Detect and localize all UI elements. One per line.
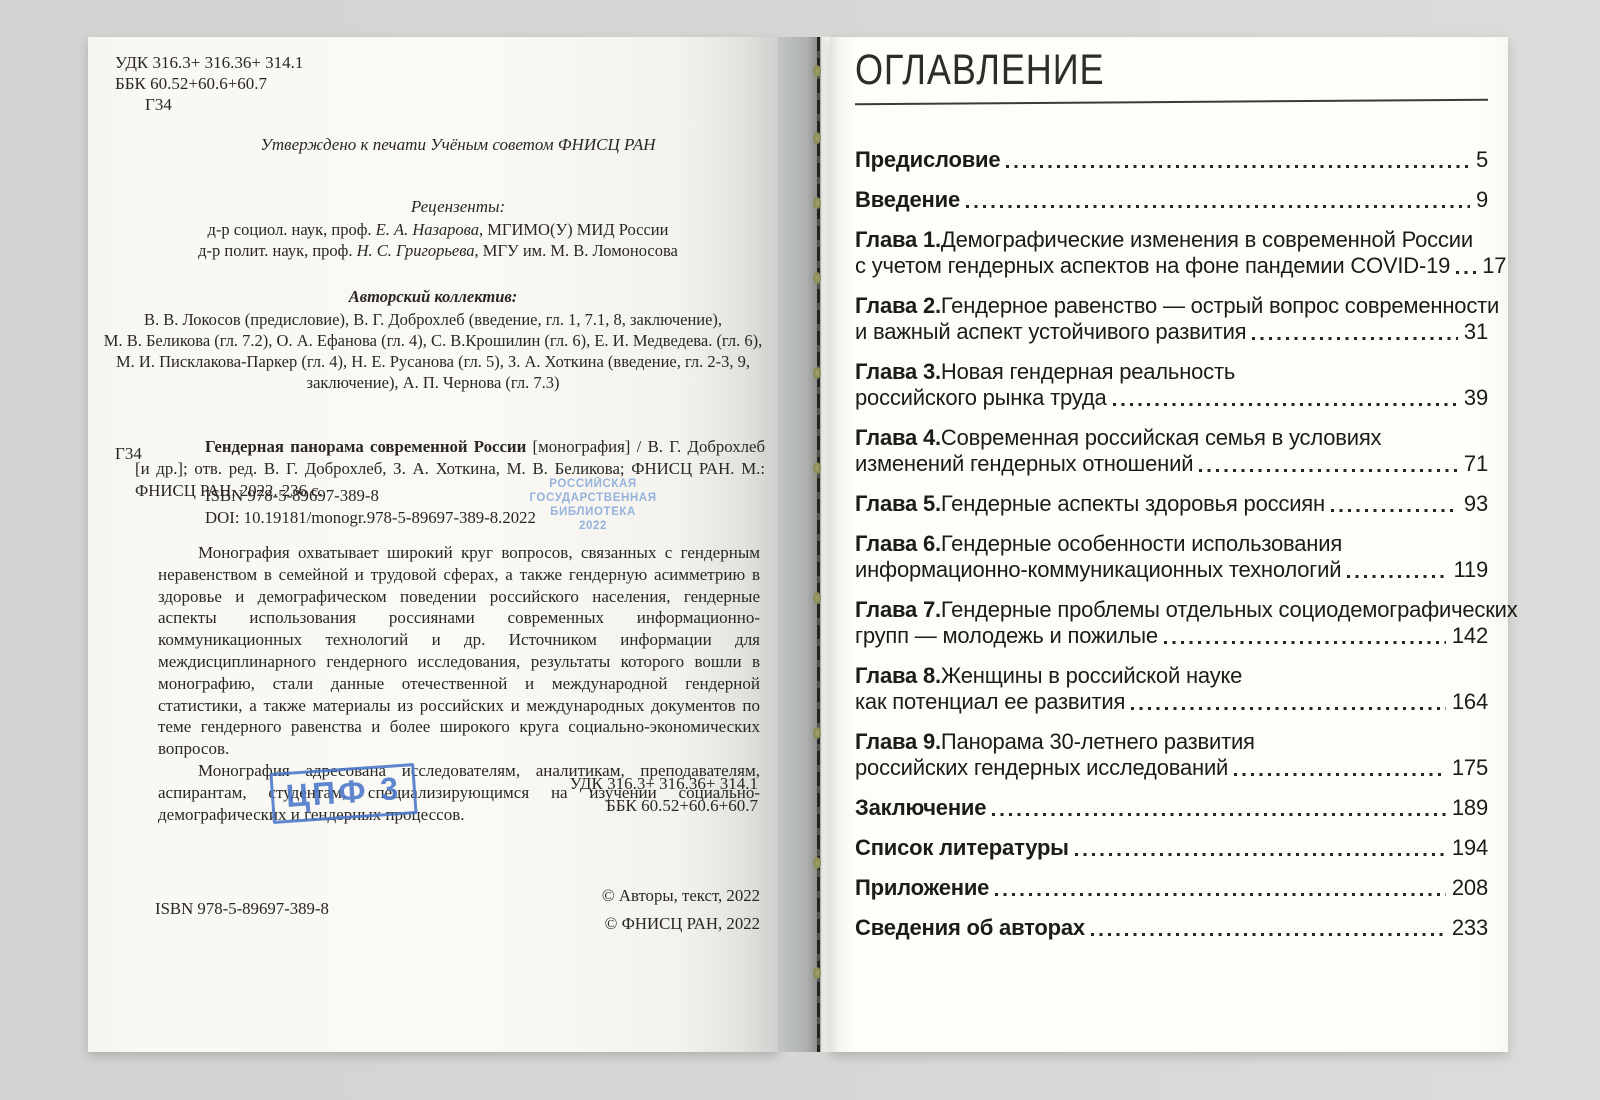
reviewer-affiliation: , МГИМО(У) МИД России bbox=[479, 220, 668, 239]
toc-entry-line: групп — молодежь и пожилые142 bbox=[855, 623, 1488, 649]
spine-stitching bbox=[817, 37, 820, 1052]
toc-entry-text: Демографические изменения в современной … bbox=[941, 227, 1473, 253]
toc-entry: Глава 1. Демографические изменения в сов… bbox=[855, 227, 1488, 279]
dot-leader bbox=[1234, 773, 1446, 776]
author-team-line: М. И. Писклакова-Паркер (гл. 4), Н. Е. Р… bbox=[98, 351, 768, 372]
author-team-line: заключение), А. П. Чернова (гл. 7.3) bbox=[98, 372, 768, 393]
toc-entry-text: Панорама 30-летнего развития bbox=[941, 729, 1255, 755]
toc-entry-text: информационно-коммуникационных технологи… bbox=[855, 557, 1341, 583]
toc-entry-line: Приложение208 bbox=[855, 875, 1488, 901]
reviewer-line: д-р социол. наук, проф. Е. А. Назарова, … bbox=[108, 219, 768, 240]
toc-entry-line: российских гендерных исследований175 bbox=[855, 755, 1488, 781]
spine-glue-blob bbox=[813, 65, 821, 77]
toc-entry-line: и важный аспект устойчивого развития31 bbox=[855, 319, 1488, 345]
toc-entry-line: с учетом гендерных аспектов на фоне панд… bbox=[855, 253, 1488, 279]
toc-entry-line: Глава 6. Гендерные особенности использов… bbox=[855, 531, 1488, 557]
dot-leader bbox=[1075, 853, 1446, 856]
dot-leader bbox=[1006, 165, 1470, 168]
toc-entry-line: Предисловие5 bbox=[855, 147, 1488, 173]
reviewers-heading: Рецензенты: bbox=[178, 197, 738, 217]
toc-entry: Глава 9. Панорама 30-летнего развитиярос… bbox=[855, 729, 1488, 781]
reviewers-list: д-р социол. наук, проф. Е. А. Назарова, … bbox=[108, 219, 768, 261]
reviewer-affiliation: , МГУ им. М. В. Ломоносова bbox=[475, 241, 678, 260]
toc-entry: Глава 3. Новая гендерная реальностьросси… bbox=[855, 359, 1488, 411]
toc-entry-label: Глава 5. bbox=[855, 491, 941, 517]
toc-page-number: 31 bbox=[1464, 319, 1488, 345]
reviewer-name: Н. С. Григорьева bbox=[357, 241, 475, 260]
classification-code-line: ББК 60.52+60.6+60.7 bbox=[570, 795, 758, 817]
toc-entry-label: Глава 4. bbox=[855, 425, 941, 451]
toc-entry-line: Глава 9. Панорама 30-летнего развития bbox=[855, 729, 1488, 755]
toc-entry-line: Глава 4. Современная российская семья в … bbox=[855, 425, 1488, 451]
dot-leader bbox=[1347, 575, 1447, 578]
spine-glue-blob bbox=[813, 367, 821, 379]
dot-leader bbox=[1199, 469, 1458, 472]
toc-page-number: 175 bbox=[1452, 755, 1488, 781]
toc-entry-text: с учетом гендерных аспектов на фоне панд… bbox=[855, 253, 1450, 279]
reviewer-name: Е. А. Назарова bbox=[376, 220, 479, 239]
title-underline bbox=[855, 99, 1488, 105]
toc-entry-text: российских гендерных исследований bbox=[855, 755, 1228, 781]
toc-page-number: 5 bbox=[1476, 147, 1488, 173]
toc-entry: Введение9 bbox=[855, 187, 1488, 213]
copyright-line: © Авторы, текст, 2022 bbox=[602, 882, 760, 910]
library-stamp-line: ГОСУДАРСТВЕННАЯ bbox=[518, 491, 668, 505]
toc-entry-text: Гендерные аспекты здоровья россиян bbox=[941, 491, 1325, 517]
dot-leader bbox=[1456, 271, 1476, 274]
toc-entry-text: Новая гендерная реальность bbox=[941, 359, 1235, 385]
author-team-line: В. В. Локосов (предисловие), В. Г. Добро… bbox=[98, 309, 768, 330]
book-spread: УДК 316.3+ 316.36+ 314.1ББК 60.52+60.6+6… bbox=[88, 37, 1508, 1052]
toc-entry-text: изменений гендерных отношений bbox=[855, 451, 1193, 477]
toc-page-number: 189 bbox=[1452, 795, 1488, 821]
toc-entry-text: Женщины в российской науке bbox=[941, 663, 1242, 689]
toc-entry-text: и важный аспект устойчивого развития bbox=[855, 319, 1246, 345]
toc-entry: Заключение189 bbox=[855, 795, 1488, 821]
toc-entry: Глава 6. Гендерные особенности использов… bbox=[855, 531, 1488, 583]
toc-entry-label: Введение bbox=[855, 187, 960, 213]
toc-entry-line: российского рынка труда39 bbox=[855, 385, 1488, 411]
toc-entry-label: Глава 3. bbox=[855, 359, 941, 385]
toc-entry-label: Глава 8. bbox=[855, 663, 941, 689]
toc-entry-line: Глава 3. Новая гендерная реальность bbox=[855, 359, 1488, 385]
toc-page-number: 39 bbox=[1464, 385, 1488, 411]
book-gutter bbox=[778, 37, 830, 1052]
spine-glue-blob bbox=[813, 727, 821, 739]
spine-glue-blob bbox=[813, 857, 821, 869]
dot-leader bbox=[1113, 403, 1458, 406]
toc-entry-line: информационно-коммуникационных технологи… bbox=[855, 557, 1488, 583]
toc-entry-label: Глава 2. bbox=[855, 293, 941, 319]
toc-page-number: 17 bbox=[1482, 253, 1506, 279]
toc-list: Предисловие5Введение9Глава 1. Демографич… bbox=[855, 147, 1488, 941]
toc-entry-label: Сведения об авторах bbox=[855, 915, 1085, 941]
toc-page-number: 119 bbox=[1454, 557, 1488, 583]
toc-entry-line: Глава 2. Гендерное равенство — острый во… bbox=[855, 293, 1488, 319]
toc-entry-text: российского рынка труда bbox=[855, 385, 1107, 411]
toc-entry-text: Гендерные проблемы отдельных социодемогр… bbox=[941, 597, 1518, 623]
toc-page-number: 142 bbox=[1452, 623, 1488, 649]
imprint-page: УДК 316.3+ 316.36+ 314.1ББК 60.52+60.6+6… bbox=[88, 37, 778, 1052]
toc-entry-text: как потенциал ее развития bbox=[855, 689, 1125, 715]
dot-leader bbox=[1131, 707, 1446, 710]
toc-entry: Глава 8. Женщины в российской наукекак п… bbox=[855, 663, 1488, 715]
toc-entry-line: как потенциал ее развития164 bbox=[855, 689, 1488, 715]
toc-entry-label: Предисловие bbox=[855, 147, 1000, 173]
copyright-block: © Авторы, текст, 2022© ФНИСЦ РАН, 2022 bbox=[602, 882, 760, 938]
table-of-contents-page: ОГЛАВЛЕНИЕ Предисловие5Введение9Глава 1.… bbox=[830, 37, 1508, 1052]
toc-page-number: 9 bbox=[1476, 187, 1488, 213]
library-stamp-line: 2022 bbox=[518, 519, 668, 533]
udk-bbk-bottom-block: УДК 316.3+ 316.36+ 314.1ББК 60.52+60.6+6… bbox=[570, 773, 758, 817]
toc-entry-label: Глава 6. bbox=[855, 531, 941, 557]
dot-leader bbox=[1091, 933, 1446, 936]
toc-entry-label: Приложение bbox=[855, 875, 989, 901]
toc-page-number: 93 bbox=[1464, 491, 1488, 517]
toc-entry: Глава 4. Современная российская семья в … bbox=[855, 425, 1488, 477]
spine-glue-blob bbox=[813, 967, 821, 979]
toc-entry-line: Сведения об авторах233 bbox=[855, 915, 1488, 941]
toc-entry-line: Список литературы194 bbox=[855, 835, 1488, 861]
classification-code-line: УДК 316.3+ 316.36+ 314.1 bbox=[570, 773, 758, 795]
toc-entry: Список литературы194 bbox=[855, 835, 1488, 861]
spine-glue-blob bbox=[813, 197, 821, 209]
classification-code-line: ББК 60.52+60.6+60.7 bbox=[115, 73, 303, 94]
toc-entry: Сведения об авторах233 bbox=[855, 915, 1488, 941]
toc-entry-text: Гендерные особенности использования bbox=[941, 531, 1342, 557]
toc-entry-line: Глава 1. Демографические изменения в сов… bbox=[855, 227, 1488, 253]
toc-entry-text: Гендерное равенство — острый вопрос совр… bbox=[941, 293, 1499, 319]
toc-page-number: 194 bbox=[1452, 835, 1488, 861]
toc-entry-line: Введение9 bbox=[855, 187, 1488, 213]
toc-page-number: 71 bbox=[1464, 451, 1488, 477]
isbn-doi-block: ISBN 978-5-89697-389-8 DOI: 10.19181/mon… bbox=[205, 485, 536, 529]
toc-entry-text: групп — молодежь и пожилые bbox=[855, 623, 1158, 649]
toc-entry: Глава 2. Гендерное равенство — острый во… bbox=[855, 293, 1488, 345]
toc-entry-line: Заключение189 bbox=[855, 795, 1488, 821]
cpf-ink-stamp: ЦПФ 3 bbox=[269, 763, 418, 824]
toc-page-number: 208 bbox=[1452, 875, 1488, 901]
toc-entry-label: Список литературы bbox=[855, 835, 1069, 861]
library-stamp-line: БИБЛИОТЕКА bbox=[518, 505, 668, 519]
dot-leader bbox=[995, 893, 1446, 896]
toc-page-number: 164 bbox=[1452, 689, 1488, 715]
toc-entry-line: изменений гендерных отношений71 bbox=[855, 451, 1488, 477]
dot-leader bbox=[966, 205, 1470, 208]
author-team-list: В. В. Локосов (предисловие), В. Г. Добро… bbox=[98, 309, 768, 393]
toc-entry: Приложение208 bbox=[855, 875, 1488, 901]
library-stamp-line: РОССИЙСКАЯ bbox=[518, 477, 668, 491]
toc-entry: Предисловие5 bbox=[855, 147, 1488, 173]
author-team-heading: Авторский коллектив: bbox=[108, 287, 758, 307]
approval-line: Утверждено к печати Учёным советом ФНИСЦ… bbox=[178, 135, 738, 155]
spine-glue-blob bbox=[813, 272, 821, 284]
toc-entry-label: Заключение bbox=[855, 795, 986, 821]
toc-page-number: 233 bbox=[1452, 915, 1488, 941]
reviewer-line: д-р полит. наук, проф. Н. С. Григорьева,… bbox=[108, 240, 768, 261]
spine-glue-blob bbox=[813, 462, 821, 474]
copyright-line: © ФНИСЦ РАН, 2022 bbox=[602, 910, 760, 938]
author-team-line: М. В. Беликова (гл. 7.2), О. А. Ефанова … bbox=[98, 330, 768, 351]
toc-entry-line: Глава 5. Гендерные аспекты здоровья росс… bbox=[855, 491, 1488, 517]
toc-entry-label: Глава 1. bbox=[855, 227, 941, 253]
toc-title: ОГЛАВЛЕНИЕ bbox=[855, 45, 1387, 95]
library-ink-stamp: РОССИЙСКАЯГОСУДАРСТВЕННАЯБИБЛИОТЕКА2022 bbox=[518, 477, 668, 533]
toc-entry-text: Современная российская семья в условиях bbox=[941, 425, 1381, 451]
spine-glue-blob bbox=[813, 132, 821, 144]
dot-leader bbox=[1252, 337, 1458, 340]
spine-glue-blob bbox=[813, 592, 821, 604]
reviewer-degree: д-р социол. наук, проф. bbox=[208, 220, 376, 239]
toc-entry-label: Глава 9. bbox=[855, 729, 941, 755]
reviewer-degree: д-р полит. наук, проф. bbox=[198, 241, 357, 260]
toc-entry-line: Глава 8. Женщины в российской науке bbox=[855, 663, 1488, 689]
isbn-line: ISBN 978-5-89697-389-8 bbox=[205, 485, 536, 507]
toc-entry: Глава 5. Гендерные аспекты здоровья росс… bbox=[855, 491, 1488, 517]
isbn-bottom-line: ISBN 978-5-89697-389-8 bbox=[155, 899, 329, 919]
scanned-book-spread: { "left_page": { "udk_top": ["УДК 316.3+… bbox=[0, 0, 1600, 1100]
udk-bbk-top-block: УДК 316.3+ 316.36+ 314.1ББК 60.52+60.6+6… bbox=[115, 52, 303, 115]
toc-entry-label: Глава 7. bbox=[855, 597, 941, 623]
book-title: Гендерная панорама современной России bbox=[205, 437, 526, 456]
classification-code-line: Г34 bbox=[115, 94, 303, 115]
dot-leader bbox=[1164, 641, 1446, 644]
dot-leader bbox=[992, 813, 1446, 816]
toc-entry: Глава 7. Гендерные проблемы отдельных со… bbox=[855, 597, 1488, 649]
classification-code-line: УДК 316.3+ 316.36+ 314.1 bbox=[115, 52, 303, 73]
dot-leader bbox=[1331, 509, 1458, 512]
toc-entry-line: Глава 7. Гендерные проблемы отдельных со… bbox=[855, 597, 1488, 623]
doi-line: DOI: 10.19181/monogr.978-5-89697-389-8.2… bbox=[205, 507, 536, 529]
annotation-paragraph: Монография охватывает широкий круг вопро… bbox=[158, 542, 760, 760]
